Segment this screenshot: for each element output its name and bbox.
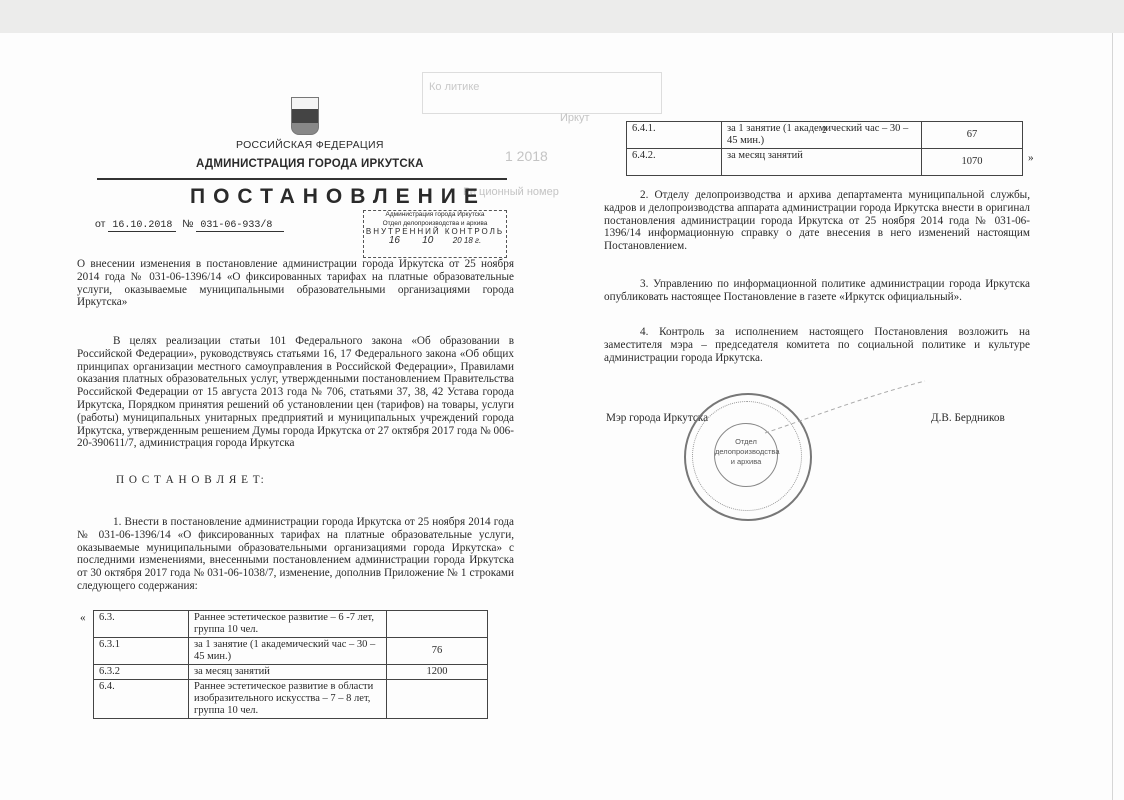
stamp-month: 10 bbox=[422, 235, 433, 246]
row-price bbox=[387, 611, 488, 638]
tariff-table-left: 6.3. Раннее эстетическое развитие – 6 -7… bbox=[93, 610, 488, 719]
table-row: 6.3.1 за 1 занятие (1 академический час … bbox=[94, 638, 488, 665]
row-price: 76 bbox=[387, 638, 488, 665]
row-price: 1200 bbox=[387, 665, 488, 680]
row-desc: Раннее эстетическое развитие в области и… bbox=[189, 680, 387, 719]
city-emblem-icon bbox=[291, 97, 319, 135]
row-price: 67 bbox=[922, 122, 1023, 149]
table-row: 6.4.2. за месяц занятий 1070 bbox=[627, 149, 1023, 176]
faint-stamp-line2: Иркут bbox=[560, 112, 590, 124]
number-prefix: № bbox=[182, 218, 193, 230]
scan-top-band bbox=[0, 0, 1124, 33]
quote-open: « bbox=[80, 612, 86, 625]
row-code: 6.3. bbox=[94, 611, 189, 638]
row-code: 6.4. bbox=[94, 680, 189, 719]
internal-control-stamp: Администрация города Иркутска Отдел дело… bbox=[363, 210, 507, 258]
row-desc: за 1 занятие (1 академический час – 30 –… bbox=[722, 122, 922, 149]
row-desc: за месяц занятий bbox=[189, 665, 387, 680]
seal-line2: делопроизводства bbox=[715, 447, 777, 457]
header-rule bbox=[97, 178, 507, 180]
stamp-year: 20 18 г. bbox=[453, 236, 481, 245]
table-row: 6.4.1. за 1 занятие (1 академический час… bbox=[627, 122, 1023, 149]
item-3-paragraph: 3. Управлению по информационной политике… bbox=[604, 278, 1030, 304]
table-row: 6.3. Раннее эстетическое развитие – 6 -7… bbox=[94, 611, 488, 638]
tariff-table-right: 6.4.1. за 1 занятие (1 академический час… bbox=[626, 121, 1023, 176]
quote-close: » bbox=[1028, 152, 1034, 165]
signature-stroke-icon bbox=[760, 378, 930, 438]
scan-edge-line bbox=[1112, 33, 1113, 800]
stamp-date: 16 10 20 18 г. bbox=[364, 237, 506, 246]
doc-number: 031-06-933/8 bbox=[196, 220, 284, 232]
row-code: 6.3.2 bbox=[94, 665, 189, 680]
faint-registration-stamp: Ко литике bbox=[422, 72, 662, 114]
doc-date: 16.10.2018 bbox=[108, 220, 176, 232]
header-country: РОССИЙСКАЯ ФЕДЕРАЦИЯ bbox=[236, 139, 386, 151]
item-1-paragraph: 1. Внести в постановление администрации … bbox=[77, 516, 514, 593]
stamp-day: 16 bbox=[389, 235, 400, 246]
row-desc: за месяц занятий bbox=[722, 149, 922, 176]
preamble-paragraph: В целях реализации статьи 101 Федерально… bbox=[77, 335, 514, 450]
header-authority: АДМИНИСТРАЦИЯ ГОРОДА ИРКУТСКА bbox=[196, 158, 426, 170]
seal-line1: Отдел bbox=[715, 437, 777, 447]
row-code: 6.4.2. bbox=[627, 149, 722, 176]
table-row: 6.3.2 за месяц занятий 1200 bbox=[94, 665, 488, 680]
seal-line3: и архива bbox=[715, 457, 777, 467]
row-code: 6.4.1. bbox=[627, 122, 722, 149]
doc-title: ПОСТАНОВЛЕНИЕ bbox=[190, 185, 486, 209]
stamp-line1: Администрация города Иркутска bbox=[364, 211, 506, 220]
item-4-paragraph: 4. Контроль за исполнением настоящего По… bbox=[604, 326, 1030, 364]
table-row: 6.4. Раннее эстетическое развитие в обла… bbox=[94, 680, 488, 719]
resolves-heading: П О С Т А Н О В Л Я Е Т: bbox=[116, 474, 265, 487]
row-price bbox=[387, 680, 488, 719]
date-line: от 16.10.2018 № 031-06-933/8 bbox=[95, 218, 284, 232]
subject-paragraph: О внесении изменения в постановление адм… bbox=[77, 258, 514, 309]
faint-stamp-date: 1 2018 bbox=[505, 148, 548, 164]
signature-name: Д.В. Бердников bbox=[931, 412, 1005, 425]
row-code: 6.3.1 bbox=[94, 638, 189, 665]
row-desc: Раннее эстетическое развитие – 6 -7 лет,… bbox=[189, 611, 387, 638]
row-price: 1070 bbox=[922, 149, 1023, 176]
faint-stamp-line1: Ко литике bbox=[423, 73, 661, 93]
item-2-paragraph: 2. Отделу делопроизводства и архива депа… bbox=[604, 189, 1030, 253]
date-prefix: от bbox=[95, 218, 105, 230]
row-desc: за 1 занятие (1 академический час – 30 –… bbox=[189, 638, 387, 665]
